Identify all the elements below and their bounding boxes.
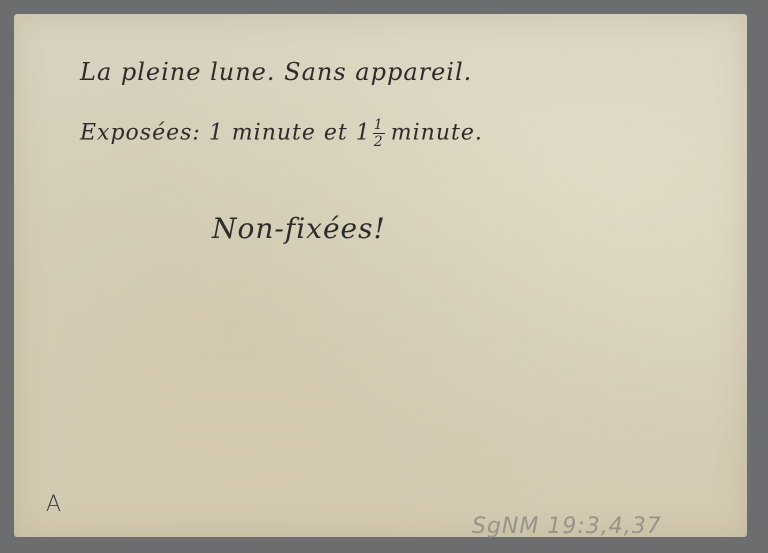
fraction-half: 12 bbox=[373, 118, 385, 149]
exposure-suffix: minute. bbox=[391, 121, 483, 146]
fraction-numerator: 1 bbox=[373, 118, 385, 132]
corner-mark: A bbox=[46, 492, 61, 517]
handwritten-line-title: La pleine lune. Sans appareil. bbox=[80, 58, 472, 86]
handwritten-line-note: Non-fixées! bbox=[212, 212, 386, 245]
archival-card: La pleine lune. Sans appareil. Exposées:… bbox=[14, 14, 747, 537]
exposure-text: Exposées: 1 minute et 1 bbox=[80, 121, 371, 146]
handwritten-line-exposure: Exposées: 1 minute et 112minute. bbox=[80, 118, 483, 149]
accession-number: SgNM 19:3,4,37 bbox=[472, 514, 662, 539]
fraction-denominator: 2 bbox=[373, 135, 385, 149]
